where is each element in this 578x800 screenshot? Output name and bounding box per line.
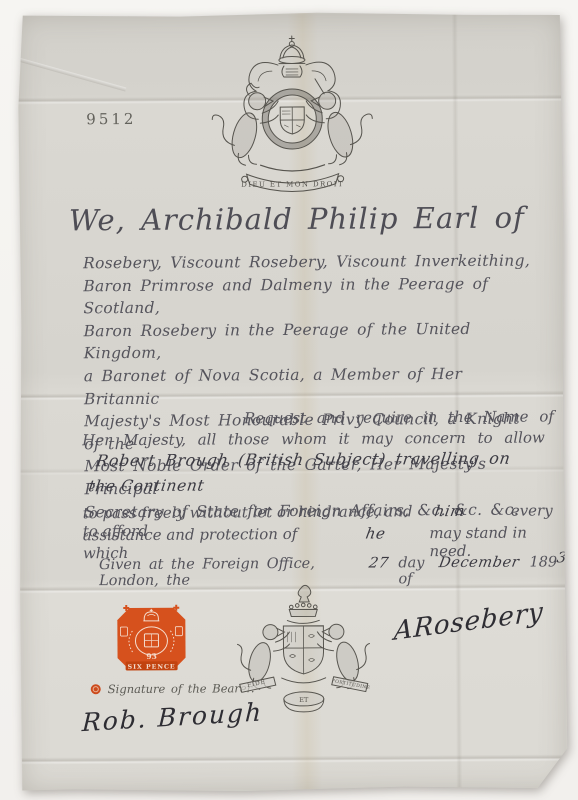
seal-icon [90, 683, 102, 695]
request-line-1: Request and require in the Name of [244, 407, 554, 427]
garter-shield [262, 89, 322, 149]
helmet-icon [282, 66, 302, 77]
title-line: Rosebery, Viscount Rosebery, Viscount In… [83, 250, 535, 275]
handwritten-pronoun: him [433, 502, 467, 520]
passport-paper: 9512 [16, 10, 569, 793]
handwritten-destination: the Continent [87, 477, 205, 496]
title-line: a Baronet of Nova Scotia, a Member of He… [84, 362, 536, 410]
handwritten-month: December [438, 555, 521, 572]
coronet-icon [287, 603, 319, 623]
issue-day-label: day of [398, 555, 437, 587]
royal-motto: DIEU ET MON DROIT [241, 180, 344, 189]
clause-tail: every [511, 501, 553, 519]
crown-icon [279, 36, 305, 64]
title-line: Baron Primrose and Dalmeny in the Peerag… [83, 272, 535, 320]
handwritten-bearer-name: Robert Brough (British Subject) travelli… [95, 449, 512, 471]
paper-shadow-wrap: 9512 [0, 0, 578, 800]
corner-crease [10, 55, 127, 91]
royal-coat-of-arms-icon: DIEU ET MON DROIT [202, 32, 383, 205]
issuer-signature: ARosebery [393, 597, 544, 647]
unicorn-supporter-icon [306, 79, 373, 165]
stamp-denomination: SIX PENCE [128, 664, 176, 671]
handwritten-year-digit: 3 [556, 550, 569, 566]
document-number: 9512 [86, 110, 136, 128]
heading-line: We, Archibald Philip Earl of [57, 201, 537, 238]
crest-lion-icon [298, 585, 311, 602]
handwritten-day: 27 [367, 555, 389, 571]
title-line: Baron Rosebery in the Peerage of the Uni… [83, 317, 535, 365]
family-motto-center: ET [299, 696, 309, 704]
scanned-passport-document: 9512 [0, 0, 578, 800]
request-line-2: Her Majesty, all those whom it may conce… [82, 428, 545, 449]
issue-year-printed: 189 [529, 554, 557, 570]
family-coat-of-arms-icon: FIDE FORTITUDINE ET [223, 581, 384, 757]
handwritten-pronoun: he [364, 524, 387, 542]
stamp-number: 93 [146, 652, 156, 661]
revenue-stamp-icon: 93 SIX PENCE [112, 603, 190, 675]
